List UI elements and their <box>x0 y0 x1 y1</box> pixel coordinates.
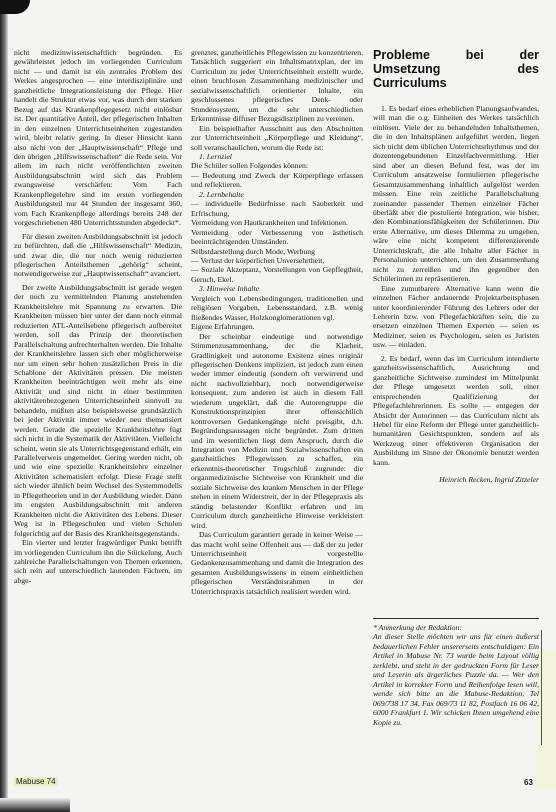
section-line: Selbstdarstellung durch Mode, Werbung <box>191 247 363 256</box>
page-spine-shadow <box>0 0 8 812</box>
section-line: — individuelle Bedürfnisse nach Sauberke… <box>191 199 363 218</box>
paragraph: Das Curriculum garantiert gerade in kein… <box>191 530 363 596</box>
paragraph: Für diesen zweiten Ausbildungsabschnitt … <box>14 232 182 279</box>
note-border-line <box>541 630 542 745</box>
note-title: * Anmerkung der Redaktion: <box>373 623 539 632</box>
column-3: Probleme bei der Umsetzung des Curriculu… <box>373 48 539 485</box>
page-number: 63 <box>524 778 533 787</box>
section-line: Vergleich von Lebensbedingungen, traditi… <box>191 294 363 322</box>
paragraph: 1. Es bedarf eines erheblichen Planungsa… <box>373 104 539 284</box>
section-line: Vermeidung oder Verbesserung von ästheti… <box>191 228 363 247</box>
section-heading: 1. Lernziel <box>191 152 363 161</box>
paragraph: Eine zumutbarere Alternative kann wenn d… <box>373 284 539 350</box>
section-heading: 2. Lernbehalte <box>191 190 363 199</box>
paragraph: 2. Es bedarf, wenn das im Curriculum int… <box>373 354 539 467</box>
column-2: grenztes, ganzheitliches Pflegewissen zu… <box>191 48 363 596</box>
paragraph: Der zweite Ausbildungsabschnitt ist gera… <box>14 283 182 538</box>
paragraph: grenztes, ganzheitliches Pflegewissen zu… <box>191 48 363 124</box>
section-title: Probleme bei der Umsetzung des Curriculu… <box>373 48 539 90</box>
editorial-note: * Anmerkung der Redaktion: An dieser Ste… <box>373 618 539 727</box>
section-line: — Soziale Akzeptanz, Vorstellungen von G… <box>191 265 363 284</box>
scan-bottom-shadow <box>0 798 70 812</box>
section-line: Die Schüler sollen Folgendes können: <box>191 161 363 170</box>
paragraph: nicht medizinwissenschaftlich begründen.… <box>14 48 182 228</box>
author-signature: Heinrich Recken, Ingrid Zitzeler <box>373 475 539 484</box>
section-heading: 3. Hinweise Inhalte <box>191 284 363 293</box>
column-1: nicht medizinwissenschaftlich begründen.… <box>14 48 182 585</box>
section-line: — Verlust der körperlichen Unversehrthei… <box>191 256 363 265</box>
section-line: Eigene Erfahrungen. <box>191 322 363 331</box>
section-line: — Bedeutung und Zweck der Körperpflege e… <box>191 171 363 190</box>
paragraph: Ein beispielhafter Ausschnitt aus den Ab… <box>191 124 363 152</box>
magazine-issue: Mabuse 74 <box>14 777 58 786</box>
note-text: An dieser Stelle möchten wir uns für ein… <box>373 632 539 726</box>
section-line: Vermeidung von Hautkrankheiten und Infek… <box>191 218 363 227</box>
scan-corner-shadow <box>0 0 30 14</box>
paragraph: Der scheinbar eindeutige und notwendige … <box>191 332 363 531</box>
margin-highlight <box>536 650 556 790</box>
paragraph: Ein vierter und letzter fragwürdiger Pun… <box>14 538 182 585</box>
